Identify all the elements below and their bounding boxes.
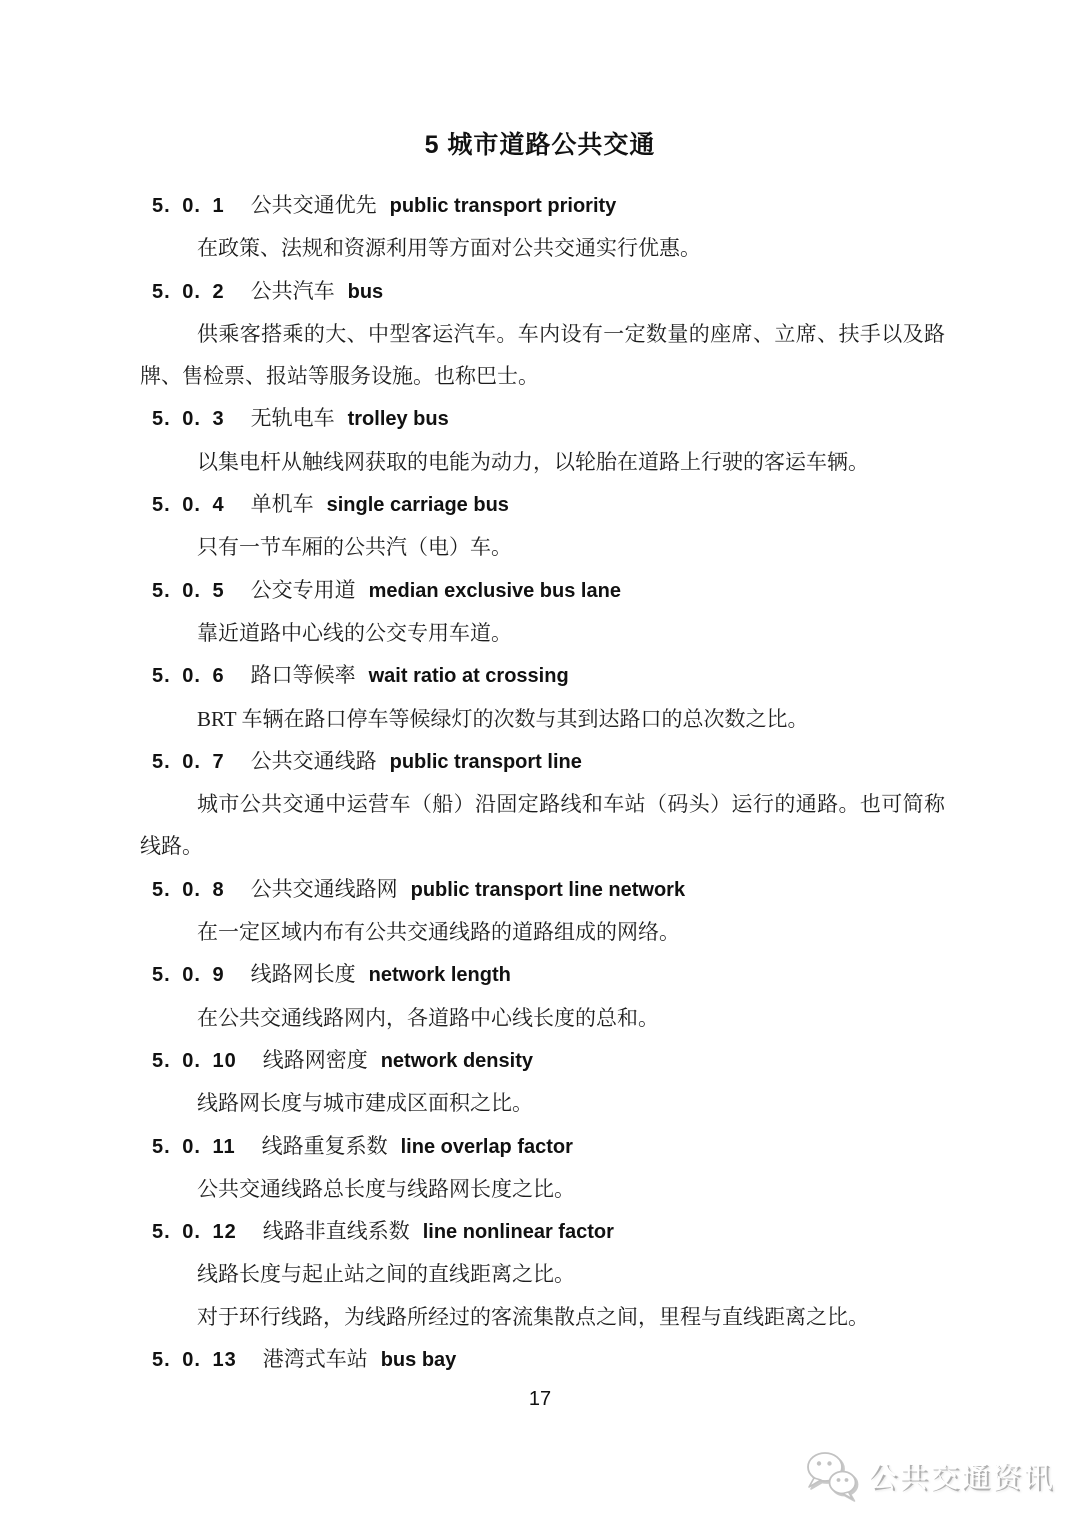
term-item: 5. 0. 7公共交通线路public transport line 城市公共交… — [140, 740, 945, 868]
term-heading: 5. 0. 11线路重复系数line overlap factor — [140, 1125, 945, 1168]
term-heading: 5. 0. 4单机车single carriage bus — [140, 483, 945, 526]
term-number: 5. 0. 3 — [152, 408, 225, 430]
term-en: wait ratio at crossing — [369, 665, 569, 687]
term-definition: 线路网长度与城市建成区面积之比。 — [140, 1082, 945, 1124]
term-heading: 5. 0. 7公共交通线路public transport line — [140, 740, 945, 783]
term-definition: BRT 车辆在路口停车等候绿灯的次数与其到达路口的总次数之比。 — [140, 698, 945, 740]
term-item: 5. 0. 1公共交通优先public transport priority 在… — [140, 184, 945, 270]
term-zh: 公共汽车 — [251, 279, 335, 303]
term-item: 5. 0. 3无轨电车trolley bus 以集电杆从触线网获取的电能为动力，… — [140, 397, 945, 483]
term-number: 5. 0. 5 — [152, 580, 225, 602]
term-heading: 5. 0. 2公共汽车bus — [140, 270, 945, 313]
term-number: 5. 0. 9 — [152, 964, 225, 986]
term-definition: 供乘客搭乘的大、中型客运汽车。车内设有一定数量的座席、立席、扶手以及路牌、售检票… — [140, 313, 945, 398]
term-number: 5. 0. 2 — [152, 281, 225, 303]
term-item: 5. 0. 11线路重复系数line overlap factor 公共交通线路… — [140, 1125, 945, 1211]
term-definition: 只有一节车厢的公共汽（电）车。 — [140, 526, 945, 568]
term-number: 5. 0. 7 — [152, 751, 225, 773]
term-zh: 无轨电车 — [251, 406, 335, 430]
term-heading: 5. 0. 3无轨电车trolley bus — [140, 397, 945, 440]
term-en: bus bay — [381, 1349, 457, 1371]
term-definition: 在公共交通线路网内，各道路中心线长度的总和。 — [140, 997, 945, 1039]
term-number: 5. 0. 11 — [152, 1136, 236, 1158]
term-heading: 5. 0. 10线路网密度network density — [140, 1039, 945, 1082]
term-item: 5. 0. 13港湾式车站bus bay — [140, 1338, 945, 1381]
term-zh: 公共交通线路 — [251, 749, 377, 773]
term-item: 5. 0. 2公共汽车bus 供乘客搭乘的大、中型客运汽车。车内设有一定数量的座… — [140, 270, 945, 398]
term-heading: 5. 0. 8公共交通线路网public transport line netw… — [140, 868, 945, 911]
footer-brand: 公共交通资讯 — [804, 1446, 1054, 1504]
term-zh: 单机车 — [251, 492, 314, 516]
term-number: 5. 0. 12 — [152, 1221, 237, 1243]
term-number: 5. 0. 13 — [152, 1349, 237, 1371]
term-number: 5. 0. 6 — [152, 665, 225, 687]
term-item: 5. 0. 10线路网密度network density 线路网长度与城市建成区… — [140, 1039, 945, 1125]
term-definition: 城市公共交通中运营车（船）沿固定路线和车站（码头）运行的通路。也可简称线路。 — [140, 783, 945, 868]
term-number: 5. 0. 10 — [152, 1050, 237, 1072]
term-heading: 5. 0. 1公共交通优先public transport priority — [140, 184, 945, 227]
footer-brand-text: 公共交通资讯 — [868, 1455, 1054, 1496]
term-heading: 5. 0. 12线路非直线系数line nonlinear factor — [140, 1210, 945, 1253]
term-number: 5. 0. 4 — [152, 494, 225, 516]
term-zh: 线路非直线系数 — [263, 1219, 410, 1243]
term-item: 5. 0. 4单机车single carriage bus 只有一节车厢的公共汽… — [140, 483, 945, 569]
term-en: bus — [348, 281, 384, 303]
term-heading: 5. 0. 5公交专用道median exclusive bus lane — [140, 569, 945, 612]
term-heading: 5. 0. 9线路网长度network length — [140, 953, 945, 996]
term-item: 5. 0. 9线路网长度network length 在公共交通线路网内，各道路… — [140, 953, 945, 1039]
term-number: 5. 0. 1 — [152, 195, 225, 217]
term-zh: 公交专用道 — [251, 578, 356, 602]
term-zh: 线路重复系数 — [262, 1134, 388, 1158]
term-zh: 港湾式车站 — [263, 1347, 368, 1371]
term-en: public transport line — [390, 751, 582, 773]
term-heading: 5. 0. 6路口等候率wait ratio at crossing — [140, 654, 945, 697]
term-item: 5. 0. 8公共交通线路网public transport line netw… — [140, 868, 945, 954]
term-en: trolley bus — [348, 408, 449, 430]
term-en: median exclusive bus lane — [369, 580, 621, 602]
term-zh: 路口等候率 — [251, 663, 356, 687]
term-zh: 线路网密度 — [263, 1048, 368, 1072]
term-zh: 公共交通优先 — [251, 193, 377, 217]
document-page: 5 城市道路公共交通 5. 0. 1公共交通优先public transport… — [0, 0, 1080, 1527]
term-definition: 公共交通线路总长度与线路网长度之比。 — [140, 1168, 945, 1210]
wechat-icon — [804, 1450, 858, 1500]
term-zh: 线路网长度 — [251, 962, 356, 986]
term-definition: 线路长度与起止站之间的直线距离之比。 — [140, 1253, 945, 1295]
page-title: 5 城市道路公共交通 — [0, 130, 1080, 160]
term-en: single carriage bus — [327, 494, 509, 516]
terms-list: 5. 0. 1公共交通优先public transport priority 在… — [0, 184, 1080, 1381]
term-definition: 对于环行线路，为线路所经过的客流集散点之间，里程与直线距离之比。 — [140, 1296, 945, 1338]
term-en: public transport line network — [411, 879, 685, 901]
page-number: 17 — [0, 1388, 1080, 1411]
term-en: line overlap factor — [401, 1136, 573, 1158]
term-en: network length — [369, 964, 511, 986]
term-en: public transport priority — [390, 195, 617, 217]
term-definition: 靠近道路中心线的公交专用车道。 — [140, 612, 945, 654]
term-definition: 在政策、法规和资源利用等方面对公共交通实行优惠。 — [140, 227, 945, 269]
term-item: 5. 0. 12线路非直线系数line nonlinear factor 线路长… — [140, 1210, 945, 1338]
term-zh: 公共交通线路网 — [251, 877, 398, 901]
term-en: line nonlinear factor — [423, 1221, 614, 1243]
term-item: 5. 0. 5公交专用道median exclusive bus lane 靠近… — [140, 569, 945, 655]
term-item: 5. 0. 6路口等候率wait ratio at crossing BRT 车… — [140, 654, 945, 740]
term-en: network density — [381, 1050, 533, 1072]
term-definition: 以集电杆从触线网获取的电能为动力，以轮胎在道路上行驶的客运车辆。 — [140, 441, 945, 483]
term-heading: 5. 0. 13港湾式车站bus bay — [140, 1338, 945, 1381]
term-number: 5. 0. 8 — [152, 879, 225, 901]
term-definition: 在一定区域内布有公共交通线路的道路组成的网络。 — [140, 911, 945, 953]
